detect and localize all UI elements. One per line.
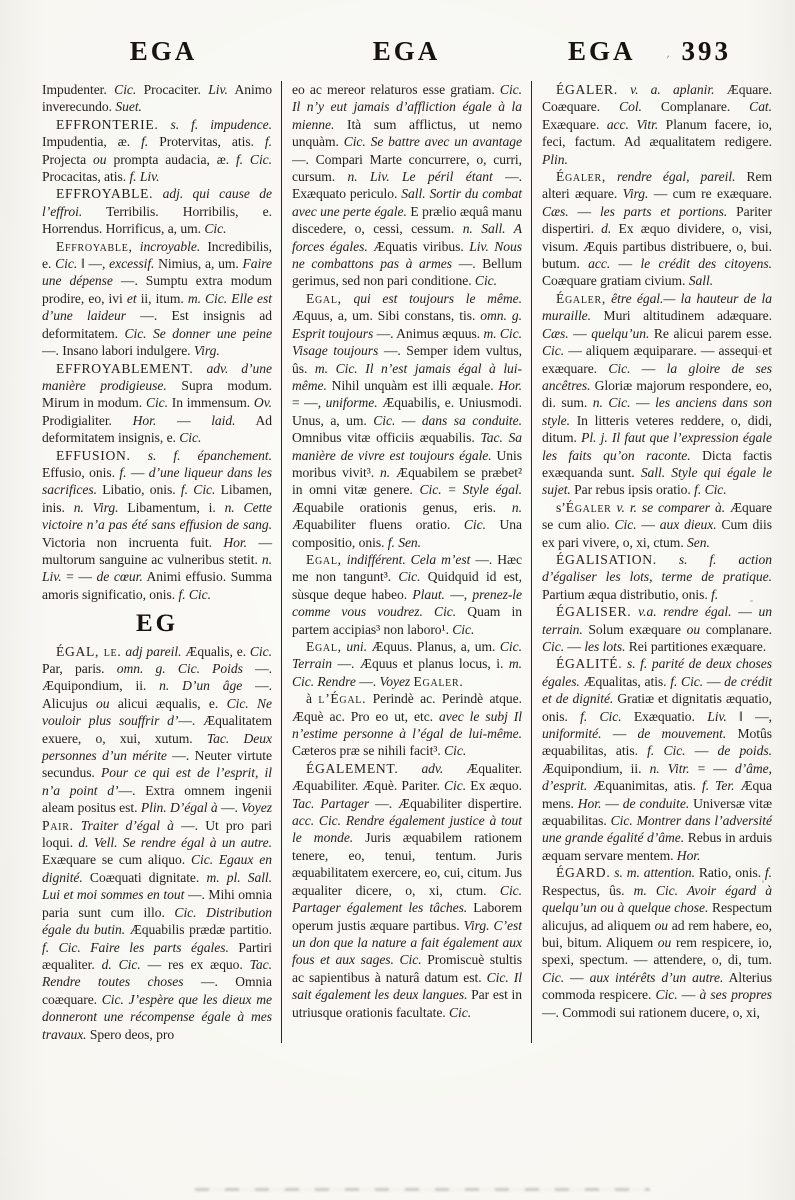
italic-text: le crédit des citoyens.: [640, 256, 772, 271]
roman-text: —.: [218, 800, 242, 815]
italic-text: de cœur.: [97, 569, 143, 584]
italic-text: s. m. attention.: [614, 865, 695, 880]
headword: ÉGALISATION.: [556, 552, 657, 567]
roman-text: Nihil unquàm est illi æquale.: [327, 378, 499, 393]
italic-text: Cic.: [55, 256, 77, 271]
italic-text: n.: [512, 500, 522, 515]
roman-text: Muri altitudinem adæquare.: [591, 308, 772, 323]
roman-text: ‖ —,: [727, 709, 772, 724]
italic-text: Liv.: [707, 709, 727, 724]
headword: Egal,: [306, 552, 342, 567]
roman-text: Æquanimitas, atis.: [587, 778, 702, 793]
roman-text: Prodigialiter.: [42, 413, 133, 428]
roman-text: Coæquare gratiam civium.: [542, 273, 689, 288]
italic-text: f. Sen.: [388, 535, 421, 550]
roman-text: —: [630, 361, 666, 376]
entry-paragraph: ÉGALER. v. a. aplanir. Æquare. Coæquare.…: [542, 81, 772, 168]
roman-text: Coæquati dignitate.: [83, 870, 207, 885]
headword: ÉGALER.: [556, 82, 618, 97]
roman-text: = —,: [292, 395, 326, 410]
roman-text: —: [156, 413, 211, 428]
italic-text: Cic.: [179, 430, 201, 445]
italic-text: uniformité.: [542, 726, 602, 741]
italic-text: les lots.: [584, 639, 625, 654]
roman-text: Par, paris.: [42, 661, 117, 676]
entry-paragraph: Egal, indifférent. Cela m’est —. Hæc me …: [292, 551, 522, 638]
roman-text: [74, 818, 81, 833]
roman-text: Respectus, ûs.: [542, 883, 634, 898]
italic-text: Cic.: [146, 395, 168, 410]
italic-text: Virg.: [623, 186, 649, 201]
roman-text: —: [703, 674, 724, 689]
italic-text: Cic. Se battre avec un avantage: [344, 134, 522, 149]
italic-text: Cic.: [452, 622, 474, 637]
italic-text: acc.: [588, 256, 610, 271]
italic-text: Cic.: [419, 482, 441, 497]
headword: ÉGALITÉ.: [556, 656, 622, 671]
italic-text: aux intérêts d’un autre.: [590, 970, 724, 985]
roman-text: Ratio, onis.: [695, 865, 765, 880]
roman-text: —: [564, 639, 584, 654]
headword: Égaler,: [556, 291, 606, 306]
entry-paragraph: ÉGALISER. v.a. rendre égal. — un terrain…: [542, 603, 772, 655]
roman-text: —: [569, 326, 592, 341]
column-3: ÉGALER. v. a. aplanir. Æquare. Coæquare.…: [531, 81, 772, 1043]
roman-text: Solum exæquare: [583, 622, 687, 637]
roman-text: Nimius, a, um.: [154, 256, 242, 271]
roman-text: Re alicui parem esse.: [649, 326, 772, 341]
italic-text: Cat.: [749, 99, 772, 114]
italic-text: Cæs.: [542, 204, 569, 219]
headword: ÉGARD.: [556, 865, 610, 880]
italic-text: Hor.: [223, 535, 247, 550]
roman-text: Par rebus ipsis oratio.: [571, 482, 694, 497]
italic-text: adj pareil.: [125, 644, 181, 659]
italic-text: qui est toujours le même.: [353, 291, 522, 306]
italic-text: f.: [265, 134, 272, 149]
headword: EFFRONTERIE.: [56, 117, 158, 132]
roman-text: —: [602, 726, 638, 741]
section-heading: EG: [42, 615, 272, 632]
running-head-col3: EGA 393: [528, 36, 771, 67]
roman-text: —. Insano labori indulgere.: [42, 343, 194, 358]
roman-text: Impudentia, æ.: [42, 134, 141, 149]
roman-text: ‖ —,: [77, 256, 109, 271]
roman-text: Partium æqua distributio, onis.: [542, 587, 711, 602]
page-number: 393: [682, 36, 732, 67]
roman-text: —: [678, 987, 700, 1002]
italic-text: s. f. impudence.: [170, 117, 272, 132]
roman-text: [342, 291, 354, 306]
italic-text: Hor.: [133, 413, 157, 428]
italic-text: uni.: [346, 639, 367, 654]
roman-text: —. Æquus et planus locus, i.: [332, 656, 509, 671]
roman-text: —: [686, 743, 718, 758]
roman-text: [657, 552, 679, 567]
italic-text: de poids.: [718, 743, 773, 758]
italic-text: indifférent. Cela m’est: [347, 552, 471, 567]
italic-text: f. Ter.: [702, 778, 734, 793]
entry-paragraph: ÉGARD. s. m. attention. Ratio, onis. f. …: [542, 864, 772, 1021]
roman-text: Æquabilis prædæ partitio.: [125, 922, 272, 937]
roman-text: Exæquare.: [542, 117, 607, 132]
roman-text: Cæteros præ se nihili facit³.: [292, 743, 444, 758]
roman-text: — res ex æquo.: [141, 957, 250, 972]
roman-text: [133, 239, 140, 254]
italic-text: Plaut.: [412, 587, 445, 602]
italic-text: f. Cic.: [670, 674, 703, 689]
italic-text: Hor.: [498, 378, 522, 393]
italic-text: Style égal.: [463, 482, 522, 497]
roman-text: [158, 117, 170, 132]
entry-paragraph: Egal, uni. Æquus. Planus, a, um. Cic. Te…: [292, 638, 522, 690]
italic-text: v. r. se comparer à.: [617, 500, 726, 515]
italic-text: dans sa conduite.: [422, 413, 522, 428]
italic-text: Cic.: [444, 778, 466, 793]
entry-paragraph: EFFROYABLEMENT. adv. d’une manière prodi…: [42, 360, 272, 447]
italic-text: Cic.: [444, 743, 466, 758]
roman-text: —: [601, 796, 622, 811]
roman-text: Ex æquo.: [466, 778, 522, 793]
italic-text: Tac. Partager: [292, 796, 369, 811]
italic-text: Cic.: [656, 987, 678, 1002]
roman-text: —: [630, 395, 655, 410]
italic-text: à ses propres: [700, 987, 772, 1002]
roman-text: In immensum.: [168, 395, 254, 410]
italic-text: les parts et portions.: [600, 204, 727, 219]
roman-text: Libatio, onis.: [97, 482, 181, 497]
roman-text: —: [395, 413, 422, 428]
italic-text: aux dieux.: [660, 517, 717, 532]
roman-text: [606, 169, 617, 184]
italic-text: quelqu’un.: [591, 326, 649, 341]
running-head: EGA EGA EGA 393: [42, 36, 772, 67]
italic-text: Hor.: [578, 796, 602, 811]
entry-paragraph: Égaler, rendre égal, pareil. Rem alteri …: [542, 168, 772, 290]
italic-text: rendre égal, pareil.: [617, 169, 736, 184]
roman-text: Spero deos, pro: [87, 1027, 175, 1042]
roman-text: [194, 361, 207, 376]
roman-text: [398, 761, 421, 776]
roman-text: Æquus, a, um. Sibi constans, tis.: [292, 308, 480, 323]
roman-text: [131, 448, 148, 463]
italic-text: Traiter d’égal à: [81, 818, 174, 833]
italic-text: omn. g. Cic. Poids: [117, 661, 243, 676]
roman-text: = —: [690, 761, 735, 776]
scan-artifact-speck: [750, 600, 753, 602]
italic-text: f.: [711, 587, 718, 602]
scan-artifact-speck: [762, 880, 764, 883]
roman-text: —: [569, 204, 600, 219]
italic-text: d. Cic.: [102, 957, 141, 972]
entry-paragraph: Égaler, être égal.— la hauteur de la mur…: [542, 290, 772, 499]
italic-text: Plin.: [542, 152, 568, 167]
roman-text: = —: [62, 569, 97, 584]
roman-text: —: [126, 465, 148, 480]
roman-text: —,: [445, 587, 472, 602]
roman-text: eo ac mereor relaturos esse gratiam.: [292, 82, 500, 97]
roman-text: Exæquare se cum aliquo.: [42, 852, 191, 867]
italic-text: ou: [93, 152, 107, 167]
entry-paragraph: ÉGALITÉ. s. f. parité de deux choses éga…: [542, 655, 772, 864]
italic-text: Voyez: [379, 674, 410, 689]
italic-text: d.: [601, 221, 611, 236]
italic-text: n.: [380, 465, 390, 480]
italic-text: f. Cic. Faire les parts égales.: [42, 940, 229, 955]
italic-text: Cæs.: [542, 326, 569, 341]
italic-text: ou: [96, 696, 110, 711]
italic-text: adv.: [421, 761, 443, 776]
italic-text: excessif.: [109, 256, 154, 271]
entry-paragraph: eo ac mereor relaturos esse gratiam. Cic…: [292, 81, 522, 290]
entry-paragraph: ÉGAL, le. adj pareil. Æqualis, e. Cic. P…: [42, 643, 272, 1043]
italic-text: Sen.: [687, 535, 710, 550]
headword: Egal,: [306, 639, 342, 654]
column-1: Impudenter. Cic. Procaciter. Liv. Animo …: [42, 81, 272, 1043]
italic-text: et: [127, 291, 137, 306]
headword: EFFROYABLE.: [56, 186, 153, 201]
roman-text: complanare.: [700, 622, 772, 637]
roman-text: Libamentum, i.: [118, 500, 224, 515]
italic-text: f. Cic.: [236, 152, 272, 167]
roman-text: Æqualitas, atis.: [580, 674, 670, 689]
entry-paragraph: à l’Égal. Perindè ac. Perindè atque. Æqu…: [292, 690, 522, 760]
entry-paragraph: Impudenter. Cic. Procaciter. Liv. Animo …: [42, 81, 272, 116]
roman-text: Projecta: [42, 152, 93, 167]
italic-text: n. Cic.: [593, 395, 631, 410]
text-columns: Impudenter. Cic. Procaciter. Liv. Animo …: [42, 81, 772, 1043]
roman-text: alicui æqualis, e.: [110, 696, 227, 711]
italic-text: Cic.: [398, 569, 420, 584]
italic-text: ou: [658, 935, 672, 950]
entry-paragraph: ÉGALISATION. s. f. action d’égaliser les…: [542, 551, 772, 603]
italic-text: n. D’un âge: [159, 678, 242, 693]
column-2: eo ac mereor relaturos esse gratiam. Cic…: [281, 81, 522, 1043]
roman-text: —. Commodi sui rationem ducere, o, xi,: [542, 1005, 760, 1020]
headword: ÉGALISER.: [556, 604, 631, 619]
roman-text: —. Animus æquus.: [373, 326, 483, 341]
italic-text: f.: [765, 865, 772, 880]
roman-text: —. Æquabiliter dispertire.: [369, 796, 522, 811]
entry-paragraph: s’Égaler v. r. se comparer à. Æquare se …: [542, 499, 772, 551]
italic-text: Cic.: [464, 517, 486, 532]
italic-text: Voyez: [241, 800, 272, 815]
scanned-dictionary-page: EGA EGA EGA 393 Impudenter. Cic. Procaci…: [0, 0, 795, 1200]
italic-text: Cic.: [114, 82, 136, 97]
italic-text: incroyable.: [140, 239, 200, 254]
italic-text: laid.: [211, 413, 235, 428]
italic-text: Cic.: [373, 413, 395, 428]
page-content: EGA EGA EGA 393 Impudenter. Cic. Procaci…: [42, 36, 772, 1043]
italic-text: Hor.: [677, 848, 701, 863]
roman-text: Protervitas, atis.: [148, 134, 265, 149]
italic-text: uniforme.: [326, 395, 378, 410]
roman-text: s’: [556, 500, 566, 515]
scan-artifact-speck: [758, 350, 761, 353]
headword: l’Égal.: [318, 691, 366, 706]
running-head-title-col3: EGA: [568, 36, 636, 67]
italic-text: Liv.: [208, 82, 228, 97]
roman-text: Exæquatio.: [622, 709, 708, 724]
roman-text: Æquatis viribus.: [368, 239, 469, 254]
italic-text: f. Cic.: [694, 482, 727, 497]
italic-text: v. a. aplanir.: [630, 82, 714, 97]
entry-paragraph: Egal, qui est toujours le même. Æquus, a…: [292, 290, 522, 551]
roman-text: —: [564, 970, 590, 985]
italic-text: Cic. Se donner une peine: [124, 326, 272, 341]
running-head-title-col1: EGA: [42, 36, 285, 67]
italic-text: de mouvement.: [638, 726, 727, 741]
headword: Égaler,: [556, 169, 606, 184]
italic-text: v.a. rendre égal.: [638, 604, 731, 619]
italic-text: Virg.: [194, 343, 220, 358]
italic-text: Cic.: [250, 644, 272, 659]
roman-text: Omnibus vitæ officiis æquabilis.: [292, 430, 480, 445]
roman-text: —: [637, 517, 660, 532]
roman-text: — cum re exæquare.: [648, 186, 772, 201]
roman-text: Complanare.: [642, 99, 749, 114]
italic-text: f. Cic.: [580, 709, 621, 724]
roman-text: ii, itum.: [137, 291, 188, 306]
italic-text: d. Vell. Se rendre égal à un autre.: [78, 835, 272, 850]
entry-paragraph: EFFRONTERIE. s. f. impudence. Impudentia…: [42, 116, 272, 186]
headword: EFFUSION.: [56, 448, 131, 463]
roman-text: [618, 82, 630, 97]
roman-text: —: [610, 256, 640, 271]
headword: Egaler.: [414, 674, 464, 689]
entry-paragraph: EFFUSION. s. f. épanchement. Effusio, on…: [42, 447, 272, 604]
headword: ÉGAL, le.: [56, 644, 121, 659]
italic-text: Plin. D’égal à: [141, 800, 218, 815]
italic-text: ou: [687, 622, 701, 637]
italic-text: f. Cic.: [181, 482, 215, 497]
roman-text: Æquipondium, ii.: [542, 761, 650, 776]
roman-text: Procaciter.: [136, 82, 208, 97]
roman-text: [153, 186, 162, 201]
italic-text: Cic.: [204, 221, 226, 236]
italic-text: Cic.: [542, 639, 564, 654]
italic-text: Cic.: [542, 343, 564, 358]
roman-text: Effusio, onis.: [42, 465, 119, 480]
italic-text: acc. Vitr.: [607, 117, 658, 132]
roman-text: Procacitas, atis.: [42, 169, 129, 184]
headword: Effroyable,: [56, 239, 133, 254]
italic-text: n. Liv. Le péril étant: [348, 169, 493, 184]
headword: ÉGALEMENT.: [306, 761, 398, 776]
italic-text: n. Virg.: [74, 500, 119, 515]
italic-text: f. Cic.: [647, 743, 685, 758]
roman-text: prompta audacia, æ.: [107, 152, 236, 167]
italic-text: Cic.: [542, 970, 564, 985]
roman-text: —.: [356, 674, 380, 689]
entry-paragraph: Effroyable, incroyable. Incredibilis, e.…: [42, 238, 272, 360]
italic-text: Cic.: [475, 273, 497, 288]
roman-text: Æqualis, e.: [181, 644, 249, 659]
italic-text: Cic.: [608, 361, 630, 376]
roman-text: Æquabiliter fluens oratio.: [292, 517, 464, 532]
italic-text: Ov.: [254, 395, 272, 410]
headword: Égaler: [566, 500, 612, 515]
italic-text: Sall.: [689, 273, 713, 288]
italic-text: s. f. épanchement.: [148, 448, 272, 463]
roman-text: Æquabile orationis genus, eris.: [292, 500, 512, 515]
italic-text: n. Vitr.: [650, 761, 690, 776]
roman-text: à: [306, 691, 318, 706]
scan-artifact-bottom-smudge: [195, 1188, 650, 1191]
italic-text: Cic.: [449, 1005, 471, 1020]
entry-paragraph: ÉGALEMENT. adv. Æqualiter. Æquabiliter. …: [292, 760, 522, 1021]
italic-text: Suet.: [115, 99, 142, 114]
roman-text: —: [732, 604, 759, 619]
italic-text: Col.: [619, 99, 642, 114]
headword: EFFROYABLEMENT.: [56, 361, 194, 376]
roman-text: Æquus. Planus, a, um.: [367, 639, 500, 654]
running-head-title-col2: EGA: [285, 36, 528, 67]
roman-text: =: [442, 482, 463, 497]
italic-text: Cic.: [614, 517, 636, 532]
italic-text: f. Cic.: [178, 587, 211, 602]
roman-text: Victoria non incruenta fuit.: [42, 535, 223, 550]
roman-text: Rei partitiones exæquare.: [625, 639, 766, 654]
italic-text: de conduite.: [623, 796, 689, 811]
entry-paragraph: EFFROYABLE. adj. qui cause de l’effroi. …: [42, 185, 272, 237]
italic-text: f. Liv.: [129, 169, 159, 184]
italic-text: ou: [655, 918, 669, 933]
headword: Egal,: [306, 291, 342, 306]
headword: Pair.: [42, 818, 74, 833]
roman-text: Impudenter.: [42, 82, 114, 97]
